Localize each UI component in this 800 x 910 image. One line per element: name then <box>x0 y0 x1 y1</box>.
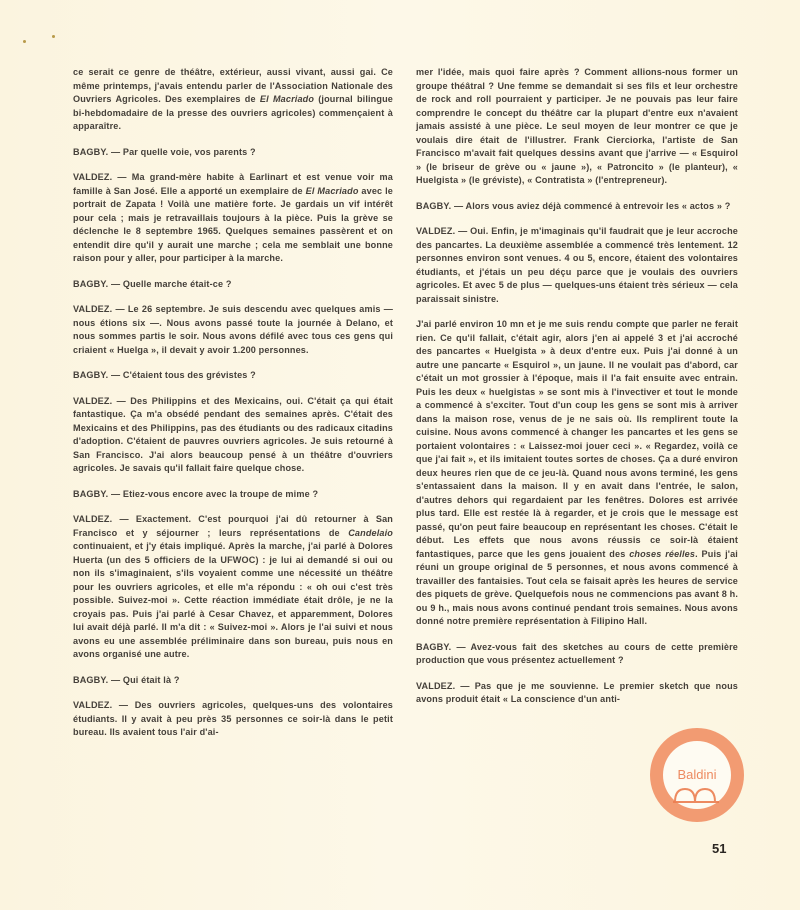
dialogue-paragraph-bagby: BAGBY. — Alors vous aviez déjà commencé … <box>416 200 738 214</box>
italic-title: El Macriado <box>306 186 359 196</box>
speaker-name: BAGBY. <box>416 201 451 211</box>
speaker-name: BAGBY. <box>73 279 108 289</box>
paragraph-text: — Etiez-vous encore avec la troupe de mi… <box>108 489 318 499</box>
speaker-name: BAGBY. <box>416 642 451 652</box>
paragraph-text: J'ai parlé environ 10 mn et je me suis r… <box>416 319 738 559</box>
dialogue-paragraph-valdez: VALDEZ. — Oui. Enfin, je m'imaginais qu'… <box>416 225 738 306</box>
paragraph-text: — Qui était là ? <box>108 675 179 685</box>
dialogue-paragraph-bagby: BAGBY. — Quelle marche était-ce ? <box>73 278 393 292</box>
italic-title: El Macriado <box>260 94 314 104</box>
dialogue-paragraph-bagby: BAGBY. — Avez-vous fait des sketches au … <box>416 641 738 668</box>
magazine-page: ce serait ce genre de théâtre, extérieur… <box>0 0 800 910</box>
dialogue-paragraph-valdez: VALDEZ. — Ma grand-mère habite à Earlina… <box>73 171 393 266</box>
dialogue-paragraph-bagby: BAGBY. — Etiez-vous encore avec la troup… <box>73 488 393 502</box>
paragraph-text: — Alors vous aviez déjà commencé à entre… <box>451 201 730 211</box>
speaker-name: BAGBY. <box>73 675 108 685</box>
paragraph-text-continued: . Puis j'ai réuni un groupe original de … <box>416 549 738 627</box>
speaker-name: VALDEZ. <box>416 226 455 236</box>
dialogue-paragraph-valdez: VALDEZ. — Exactement. C'est pourquoi j'a… <box>73 513 393 662</box>
page-number: 51 <box>712 841 726 856</box>
dialogue-paragraph-bagby: BAGBY. — Par quelle voie, vos parents ? <box>73 146 393 160</box>
dialogue-paragraph-valdez: VALDEZ. — Pas que je me souvienne. Le pr… <box>416 680 738 707</box>
dialogue-paragraph-bagby: BAGBY. — Qui était là ? <box>73 674 393 688</box>
speaker-name: BAGBY. <box>73 489 108 499</box>
watermark-text: Baldini <box>663 767 731 782</box>
italic-title: Candelaio <box>348 528 393 538</box>
paragraph-text: — Par quelle voie, vos parents ? <box>108 147 255 157</box>
dialogue-paragraph-valdez: VALDEZ. — Des ouvriers agricoles, quelqu… <box>73 699 393 740</box>
paragraph-text-continued: avec le portrait de Zapata ! Voilà une m… <box>73 186 393 264</box>
paragraph-text: — Oui. Enfin, je m'imaginais qu'il faudr… <box>416 226 738 304</box>
watermark-b-mark-icon <box>673 787 719 803</box>
speaker-name: VALDEZ. <box>73 514 112 524</box>
paragraph-text: — Quelle marche était-ce ? <box>108 279 231 289</box>
paragraph-text: — Le 26 septembre. Je suis descendu avec… <box>73 304 393 355</box>
paper-speck <box>23 40 26 43</box>
paragraph-text: mer l'idée, mais quoi faire après ? Comm… <box>416 67 738 185</box>
text-paragraph: mer l'idée, mais quoi faire après ? Comm… <box>416 66 738 188</box>
speaker-name: BAGBY. <box>73 370 108 380</box>
right-column: mer l'idée, mais quoi faire après ? Comm… <box>416 66 738 719</box>
paragraph-text: — Des ouvriers agricoles, quelques-uns d… <box>73 700 393 737</box>
paragraph-text: — Des Philippins et des Mexicains, oui. … <box>73 396 393 474</box>
speaker-name: VALDEZ. <box>73 172 112 182</box>
italic-title: choses réelles <box>629 549 695 559</box>
baldini-watermark-logo: Baldini <box>650 728 744 822</box>
paragraph-text: — Pas que je me souvienne. Le premier sk… <box>416 681 738 705</box>
paper-speck <box>52 35 55 38</box>
dialogue-paragraph-valdez: VALDEZ. — Des Philippins et des Mexicain… <box>73 395 393 476</box>
dialogue-paragraph-bagby: BAGBY. — C'étaient tous des grévistes ? <box>73 369 393 383</box>
speaker-name: VALDEZ. <box>416 681 455 691</box>
paragraph-text: — Exactement. C'est pourquoi j'ai dû ret… <box>73 514 393 538</box>
paragraph-text-continued: continuaient, et j'y étais impliqué. Apr… <box>73 541 393 659</box>
text-paragraph: J'ai parlé environ 10 mn et je me suis r… <box>416 318 738 629</box>
speaker-name: VALDEZ. <box>73 304 112 314</box>
speaker-name: BAGBY. <box>73 147 108 157</box>
paragraph-text: — C'étaient tous des grévistes ? <box>108 370 256 380</box>
dialogue-paragraph-valdez: VALDEZ. — Le 26 septembre. Je suis desce… <box>73 303 393 357</box>
speaker-name: VALDEZ. <box>73 700 112 710</box>
speaker-name: VALDEZ. <box>73 396 112 406</box>
text-paragraph: ce serait ce genre de théâtre, extérieur… <box>73 66 393 134</box>
paragraph-text: — Avez-vous fait des sketches au cours d… <box>416 642 738 666</box>
left-column: ce serait ce genre de théâtre, extérieur… <box>73 66 393 752</box>
